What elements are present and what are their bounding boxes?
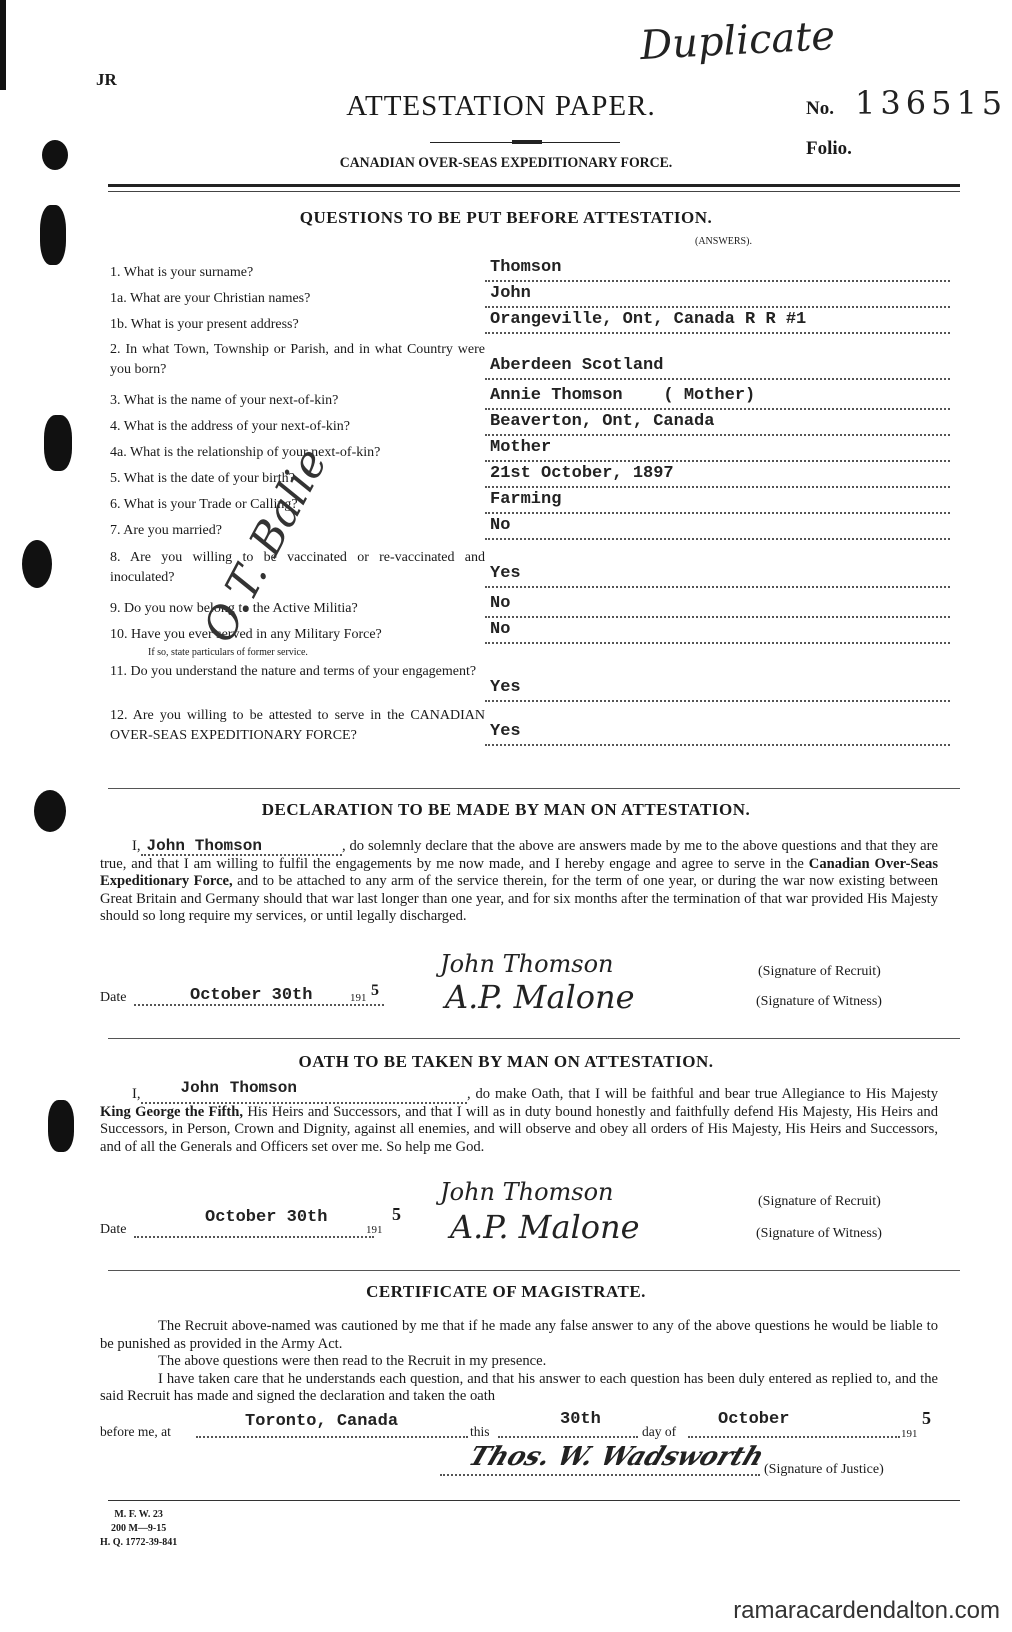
form-code: M. F. W. 23 (100, 1508, 177, 1522)
certificate-day: 30th (560, 1410, 601, 1429)
year-suffix: 5 (392, 1204, 401, 1225)
oath-taker-name: John Thomson (181, 1079, 297, 1097)
month-dots (688, 1436, 900, 1438)
question-label: 9. Do you now belong to the Active Milit… (110, 598, 485, 620)
certificate-text: The Recruit above-named was cautioned by… (100, 1318, 938, 1406)
question-label: 1. What is your surname? (110, 262, 485, 284)
year-prefix: 191 (901, 1428, 918, 1440)
form-codes: M. F. W. 23 200 M—9-15 H. Q. 1772-39-841 (100, 1508, 177, 1550)
answer-value: John (490, 284, 531, 303)
scan-edge (0, 0, 6, 90)
year-prefix: 191 (350, 992, 367, 1004)
justice-dots (440, 1474, 760, 1476)
declaration-heading: DECLARATION TO BE MADE BY MAN ON ATTESTA… (0, 800, 1012, 820)
hq-reference: H. Q. 1772-39-841 (100, 1536, 177, 1550)
oath-date: October 30th (205, 1208, 327, 1227)
justice-signature: Thos. W. Wadsworth (465, 1442, 768, 1472)
witness-signature: A.P. Malone (445, 978, 635, 1016)
header-rule (108, 184, 960, 187)
answer-line (485, 434, 950, 436)
question-label: 1b. What is your present address? (110, 314, 485, 336)
answer-value: No (490, 516, 510, 535)
punch-hole (48, 1100, 74, 1152)
certificate-heading: CERTIFICATE OF MAGISTRATE. (0, 1282, 1012, 1302)
answer-value: No (490, 594, 510, 613)
answer-line (485, 616, 950, 618)
answer-line (485, 538, 950, 540)
date-dots (134, 1236, 374, 1238)
witness-signature-label: (Signature of Witness) (756, 994, 882, 1010)
declaration-date: October 30th (190, 986, 312, 1005)
answer-line (485, 512, 950, 514)
punch-hole (44, 415, 72, 471)
question-label: 1a. What are your Christian names? (110, 288, 485, 310)
footer-rule (108, 1500, 960, 1501)
folio-label: Folio. (806, 138, 852, 160)
witness-signature-label: (Signature of Witness) (756, 1226, 882, 1242)
answer-value: Mother (490, 438, 551, 457)
answer-line (485, 332, 950, 334)
answers-label: (ANSWERS). (695, 236, 752, 247)
question-label: 11. Do you understand the nature and ter… (110, 662, 485, 682)
oath-text: I,John Thomson, do make Oath, that I wil… (100, 1086, 938, 1156)
question-label: 4. What is the address of your next-of-k… (110, 416, 485, 438)
watermark: ramaracardendalton.com (733, 1597, 1000, 1625)
declarant-name: John Thomson (147, 837, 262, 855)
this-label: this (470, 1424, 490, 1440)
day-of-label: day of (642, 1424, 676, 1440)
answer-line (485, 408, 950, 410)
number-label: No. (806, 98, 834, 120)
answer-value: Yes (490, 678, 521, 697)
place-dots (196, 1436, 468, 1438)
recruit-signature-label: (Signature of Recruit) (758, 964, 881, 980)
certificate-month: October (718, 1410, 789, 1429)
answer-value: No (490, 620, 510, 639)
answer-value: Beaverton, Ont, Canada (490, 412, 714, 431)
section-rule (108, 1038, 960, 1039)
date-label: Date (100, 990, 126, 1006)
answer-line (485, 378, 950, 380)
recruit-signature-label: (Signature of Recruit) (758, 1194, 881, 1210)
title-rule-center (512, 140, 542, 144)
question-label: 3. What is the name of your next-of-kin? (110, 390, 485, 412)
recruit-signature: John Thomson (440, 1178, 614, 1206)
answer-line (485, 744, 950, 746)
question-label: 12. Are you willing to be attested to se… (110, 706, 485, 746)
answer-value: Yes (490, 564, 521, 583)
day-dots (498, 1436, 638, 1438)
year-prefix: 191 (366, 1224, 383, 1236)
answer-value: 21st October, 1897 (490, 464, 674, 483)
regimental-number: 136515 (855, 84, 1007, 122)
answer-line (485, 586, 950, 588)
answer-line (485, 280, 950, 282)
before-label: before me, at (100, 1424, 171, 1440)
answer-line (485, 642, 950, 644)
section-rule (108, 788, 960, 789)
answer-line (485, 486, 950, 488)
answer-value: Aberdeen Scotland (490, 356, 663, 375)
question-label: 8. Are you willing to be vaccinated or r… (110, 548, 485, 588)
year-suffix: 5 (922, 1408, 931, 1429)
answer-line (485, 460, 950, 462)
declaration-text: I,John Thomson, do solemnly declare that… (100, 838, 938, 926)
corner-mark: JR (96, 70, 117, 90)
recruit-signature: John Thomson (440, 950, 614, 978)
print-run: 200 M—9-15 (100, 1522, 177, 1536)
answer-value: Yes (490, 722, 521, 741)
header-rule-thin (108, 191, 960, 192)
duplicate-note: Duplicate (639, 13, 836, 69)
question-label: 2. In what Town, Township or Parish, and… (110, 340, 485, 380)
year-suffix: 5 (371, 982, 379, 1000)
witness-signature: A.P. Malone (450, 1208, 640, 1246)
oath-heading: OATH TO BE TAKEN BY MAN ON ATTESTATION. (0, 1052, 1012, 1072)
answer-value: Thomson (490, 258, 561, 277)
answer-value: Orangeville, Ont, Canada R R #1 (490, 310, 806, 329)
answer-line (485, 700, 950, 702)
punch-hole (22, 540, 52, 588)
answer-line (485, 306, 950, 308)
answer-value: Farming (490, 490, 561, 509)
questions-heading: QUESTIONS TO BE PUT BEFORE ATTESTATION. (0, 208, 1012, 228)
date-label: Date (100, 1222, 126, 1238)
justice-signature-label: (Signature of Justice) (764, 1462, 884, 1478)
answer-value: Annie Thomson ( Mother) (490, 386, 755, 405)
certificate-place: Toronto, Canada (245, 1412, 398, 1431)
section-rule (108, 1270, 960, 1271)
